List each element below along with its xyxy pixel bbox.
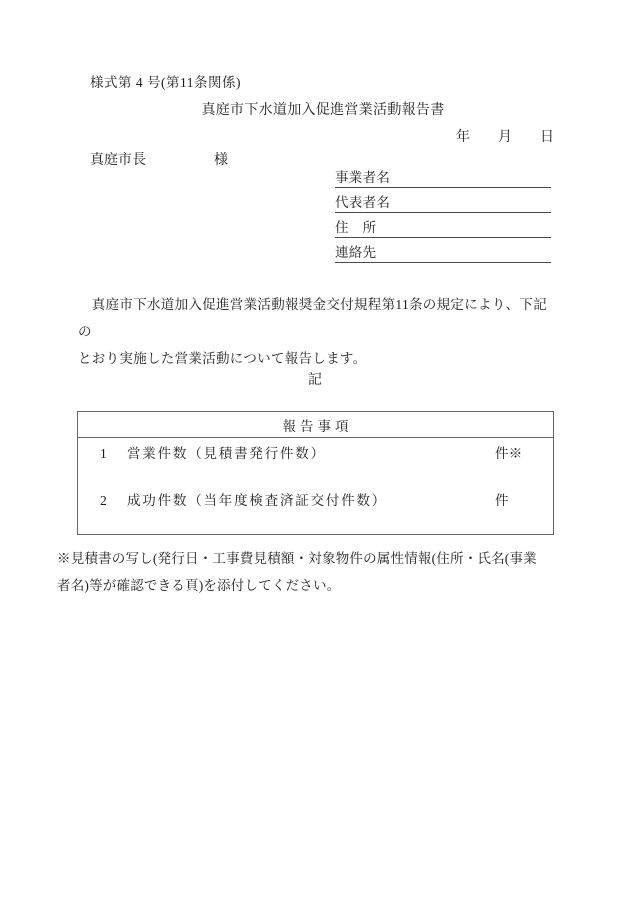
addressee-name: 真庭市長 — [90, 149, 146, 169]
row-item: 成功件数（当年度検査済証交付件数） — [127, 492, 495, 510]
field-label: 連絡先 — [335, 241, 376, 261]
field-label: 事業者名 — [335, 166, 390, 186]
footnote: ※見積書の写し(発行日・工事費見積額・対象物件の属性情報(住所・氏名(事業 者名… — [57, 545, 559, 599]
row-number: 1 — [100, 445, 127, 463]
field-label: 住 所 — [335, 216, 376, 236]
field-row-representative-name: 代表者名 — [335, 188, 551, 213]
form-number: 様式第 4 号(第11条関係) — [90, 71, 241, 91]
body-paragraph-line: 真庭市下水道加入促進営業活動報奨金交付規程第11条の規定により、下記の — [78, 291, 558, 345]
report-table: 報告事項 1 営業件数（見積書発行件数） 件※ 2 成功件数（当年度検査済証交付… — [77, 411, 554, 535]
row-item: 営業件数（見積書発行件数） — [127, 445, 495, 463]
signature-fields: 事業者名 代表者名 住 所 連絡先 — [335, 163, 551, 263]
document-page: 様式第 4 号(第11条関係) 真庭市下水道加入促進営業活動報告書 年 月 日 … — [0, 0, 630, 903]
footnote-line: 者名)等が確認できる頁)を添付してください。 — [57, 572, 559, 599]
row-number: 2 — [100, 492, 127, 510]
document-title: 真庭市下水道加入促進営業活動報告書 — [16, 99, 630, 119]
row-unit: 件 — [495, 492, 553, 510]
addressee-line: 真庭市長 様 — [90, 149, 228, 169]
table-row-sales-count: 1 営業件数（見積書発行件数） 件※ — [78, 445, 553, 463]
date-line: 年 月 日 — [456, 126, 554, 146]
table-row-success-count: 2 成功件数（当年度検査済証交付件数） 件 — [78, 492, 553, 510]
addressee-honorific: 様 — [214, 149, 228, 169]
body-paragraph: 真庭市下水道加入促進営業活動報奨金交付規程第11条の規定により、下記の とおり実… — [78, 291, 558, 372]
field-row-address: 住 所 — [335, 213, 551, 238]
body-paragraph-line: とおり実施した営業活動について報告します。 — [78, 345, 558, 372]
field-row-business-name: 事業者名 — [335, 163, 551, 188]
table-header: 報告事項 — [78, 412, 553, 438]
field-row-contact: 連絡先 — [335, 238, 551, 263]
record-marker: 記 — [0, 369, 630, 389]
row-unit: 件※ — [495, 445, 553, 463]
table-body: 1 営業件数（見積書発行件数） 件※ 2 成功件数（当年度検査済証交付件数） 件 — [78, 438, 553, 534]
footnote-line: ※見積書の写し(発行日・工事費見積額・対象物件の属性情報(住所・氏名(事業 — [57, 545, 559, 572]
field-label: 代表者名 — [335, 191, 390, 211]
